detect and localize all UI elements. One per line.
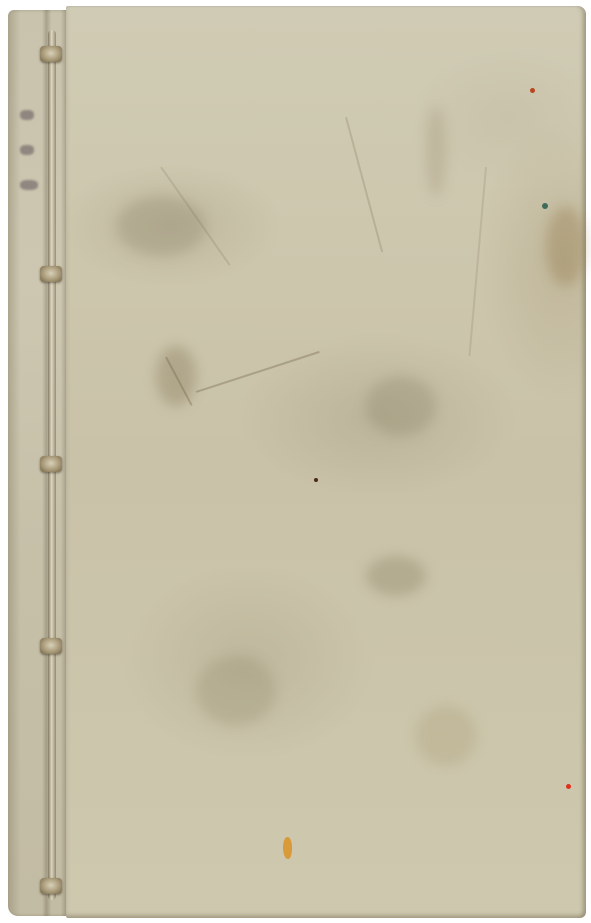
stain	[426, 106, 446, 196]
crease	[345, 117, 383, 253]
front-cover	[66, 6, 586, 918]
spine-ink-mark	[20, 110, 34, 120]
green-speck	[542, 203, 548, 209]
sewing-band	[40, 46, 62, 62]
sewing-band	[40, 638, 62, 654]
sewing-band	[40, 266, 62, 282]
stain	[366, 556, 426, 596]
stain	[546, 206, 586, 286]
spine-ink-mark	[20, 145, 34, 155]
crease	[196, 351, 320, 393]
red-speck	[566, 784, 571, 789]
stain	[196, 656, 276, 726]
orange-spot	[283, 837, 292, 859]
stain	[416, 706, 476, 766]
spine-ink-mark	[20, 180, 38, 190]
dark-speck	[314, 478, 318, 482]
sewing-band	[40, 878, 62, 894]
book	[4, 4, 586, 918]
crease	[468, 167, 487, 356]
book-spine	[8, 10, 70, 916]
stain	[116, 196, 206, 256]
rust-speck	[530, 88, 535, 93]
stain	[366, 376, 436, 436]
sewing-band	[40, 456, 62, 472]
